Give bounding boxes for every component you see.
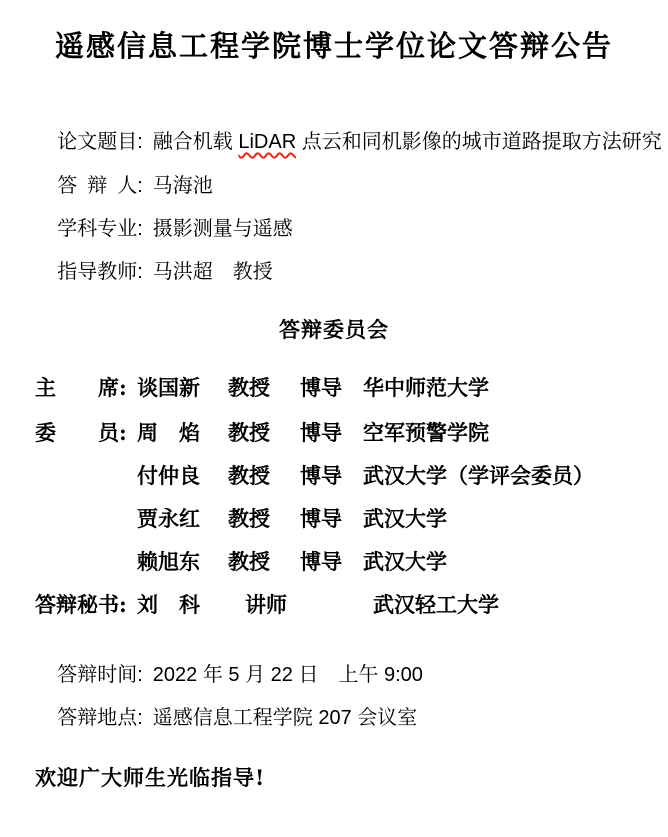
name-cell: 贾永红 [137,505,200,532]
name-cell: 赖旭东 [137,548,200,575]
secretary-label: 答辩秘书: [35,591,127,618]
affiliation-cell: 空军预警学院 [363,419,489,446]
committee-row-member: 委 员: 周 焰 教授 博导 空军预警学院 [35,419,668,446]
secretary-row: 答辩秘书: 刘 科 讲师 武汉轻工大学 [35,591,668,618]
title-cell: 教授 [228,374,270,401]
secretary-affiliation: 武汉轻工大学 [373,591,499,618]
committee-heading: 答辩委员会 [0,316,668,343]
title-cell: 教授 [228,419,270,446]
page-title: 遥感信息工程学院博士学位论文答辩公告 [0,24,668,65]
defense-location-label: 答辩地点: [57,707,143,729]
supervisor-cell: 博导 [300,374,342,401]
supervisor-cell: 博导 [300,548,342,575]
supervisor-cell: 博导 [300,505,342,532]
defense-announcement-document: 遥感信息工程学院博士学位论文答辩公告 论文题目: 融合机载 LiDAR 点云和同… [0,0,668,837]
advisor-line: 指导教师: 马洪超 教授 [35,233,658,311]
supervisor-cell: 博导 [300,462,342,489]
defense-location-value: 遥感信息工程学院 207 会议室 [143,707,417,729]
advisor-label: 指导教师: [57,261,143,283]
affiliation-cell: 武汉大学 [363,548,447,575]
committee-row-member: 付仲良 教授 博导 武汉大学（学评会委员） [35,462,668,489]
title-cell: 教授 [228,548,270,575]
defense-location-line: 答辩地点: 遥感信息工程学院 207 会议室 [35,679,658,757]
secretary-title: 讲师 [245,591,287,618]
title-cell: 教授 [228,462,270,489]
welcome-note: 欢迎广大师生光临指导! [35,764,265,791]
affiliation-cell: 武汉大学（学评会委员） [363,462,594,489]
committee-row-chair: 主 席: 谈国新 教授 博导 华中师范大学 [35,374,668,401]
secretary-name: 刘 科 [137,591,200,618]
affiliation-cell: 华中师范大学 [363,374,489,401]
advisor-name: 马洪超 教授 [143,261,273,283]
role-cell: 委 员: [35,419,127,446]
supervisor-cell: 博导 [300,419,342,446]
title-cell: 教授 [228,505,270,532]
name-cell: 谈国新 [137,374,200,401]
name-cell: 周 焰 [137,419,200,446]
name-cell: 付仲良 [137,462,200,489]
role-cell: 主 席: [35,374,127,401]
committee-row-member: 赖旭东 教授 博导 武汉大学 [35,548,668,575]
affiliation-cell: 武汉大学 [363,505,447,532]
committee-row-member: 贾永红 教授 博导 武汉大学 [35,505,668,532]
